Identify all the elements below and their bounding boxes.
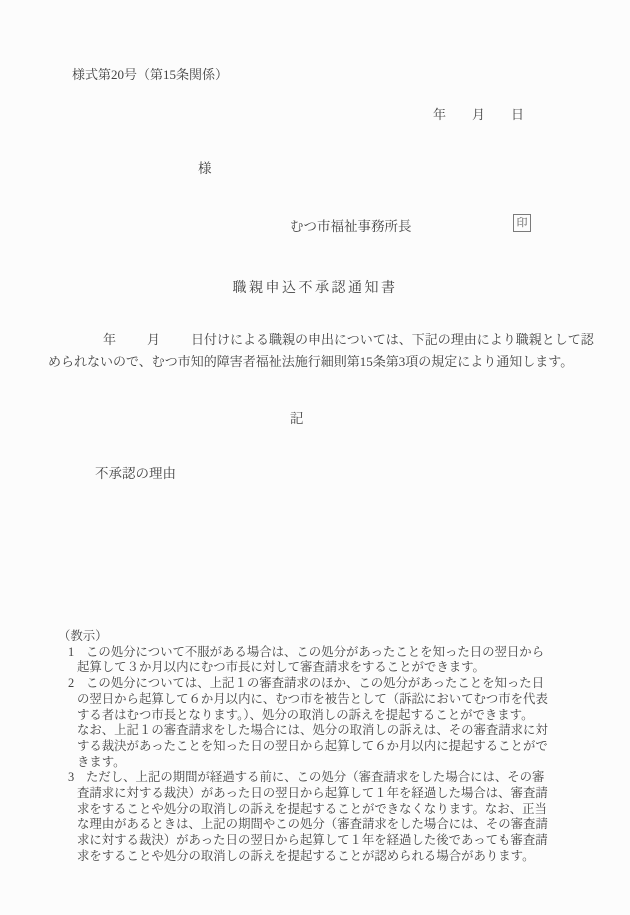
addressee-suffix: 様	[198, 157, 212, 177]
kyoji-text-line: なお、上記１の審査請求をした場合には、処分の取消しの訴えは、その審査請求に対	[77, 723, 603, 739]
kyoji-text-line: この処分については、上記１の審査請求のほか、この処分があったことを知った日	[77, 676, 603, 692]
kyoji-item-1: 1 この処分について不服がある場合は、この処分があったことを知った日の翌日から …	[58, 645, 603, 676]
body-year-label: 年	[103, 332, 116, 347]
form-number: 様式第20号（第15条関係）	[72, 64, 228, 83]
seal-stamp-mark: 印	[513, 214, 531, 232]
disapproval-reason-label: 不承認の理由	[95, 462, 176, 482]
kyoji-text-line: な理由があるときは、上記の期間やこの処分（審査請求をした場合には、その審査請	[77, 817, 603, 833]
kyoji-text-line: の翌日から起算して６か月以内に、むつ市を被告として（訴訟においてむつ市を代表	[77, 692, 603, 708]
kyoji-item-3: 3 ただし、上記の期間が経過する前に、この処分（審査請求をした場合には、その審 …	[58, 770, 603, 864]
kyoji-text-line: 起算して３か月以内にむつ市長に対して審査請求をすることができます。	[77, 660, 603, 676]
body-paragraph: 年月日付けによる職親の申出については、下記の理由により職親として認 められないの…	[48, 329, 593, 372]
day-label: 日	[511, 107, 524, 122]
year-label: 年	[433, 107, 446, 122]
kyoji-heading: （教示）	[58, 629, 603, 645]
kyoji-text-line: この処分について不服がある場合は、この処分があったことを知った日の翌日から	[77, 645, 603, 661]
kyoji-item-2-number: 2	[68, 676, 74, 692]
kyoji-text-line: 求をすることや処分の取消しの訴えを提起することができなくなります。なお、正当	[77, 802, 603, 818]
body-day-and-text: 日付けによる職親の申出については、下記の理由により職親として認	[191, 332, 594, 347]
kyoji-text-line: 査請求に対する裁決）があった日の翌日から起算して１年を経過した場合は、審査請	[77, 786, 603, 802]
date-line: 年月日	[433, 104, 524, 123]
kyoji-item-1-number: 1	[68, 645, 74, 661]
body-line-2: められないので、むつ市知的障害者福祉法施行細則第15条第3項の規定により通知しま…	[48, 351, 593, 373]
document-page: 様式第20号（第15条関係） 年月日 様 むつ市福祉事務所長 印 職親申込不承認…	[0, 0, 630, 915]
kyoji-item-3-number: 3	[68, 770, 74, 786]
kyoji-text-line: する者はむつ市長となります。）、処分の取消しの訴えを提起することができます。	[77, 708, 603, 724]
body-month-label: 月	[147, 332, 160, 347]
body-line-1: 年月日付けによる職親の申出については、下記の理由により職親として認	[48, 329, 593, 351]
kyoji-instruction-section: （教示） 1 この処分について不服がある場合は、この処分があったことを知った日の…	[58, 629, 603, 865]
kyoji-item-2: 2 この処分については、上記１の審査請求のほか、この処分があったことを知った日 …	[58, 676, 603, 770]
issuer-title: むつ市福祉事務所長	[290, 215, 412, 235]
month-label: 月	[472, 107, 485, 122]
kyoji-text-line: ただし、上記の期間が経過する前に、この処分（審査請求をした場合には、その審	[77, 770, 603, 786]
kyoji-text-line: する裁決があったことを知った日の翌日から起算して６か月以内に提起することがで	[77, 739, 603, 755]
kyoji-text-line: 求をすることや処分の取消しの訴えを提起することが認められる場合があります。	[77, 849, 603, 865]
document-title: 職親申込不承認通知書	[0, 277, 630, 297]
ki-marker: 記	[290, 407, 304, 427]
kyoji-text-line: きます。	[77, 755, 603, 771]
kyoji-text-line: 求に対する裁決）があった日の翌日から起算して１年を経過した後であっても審査請	[77, 833, 603, 849]
